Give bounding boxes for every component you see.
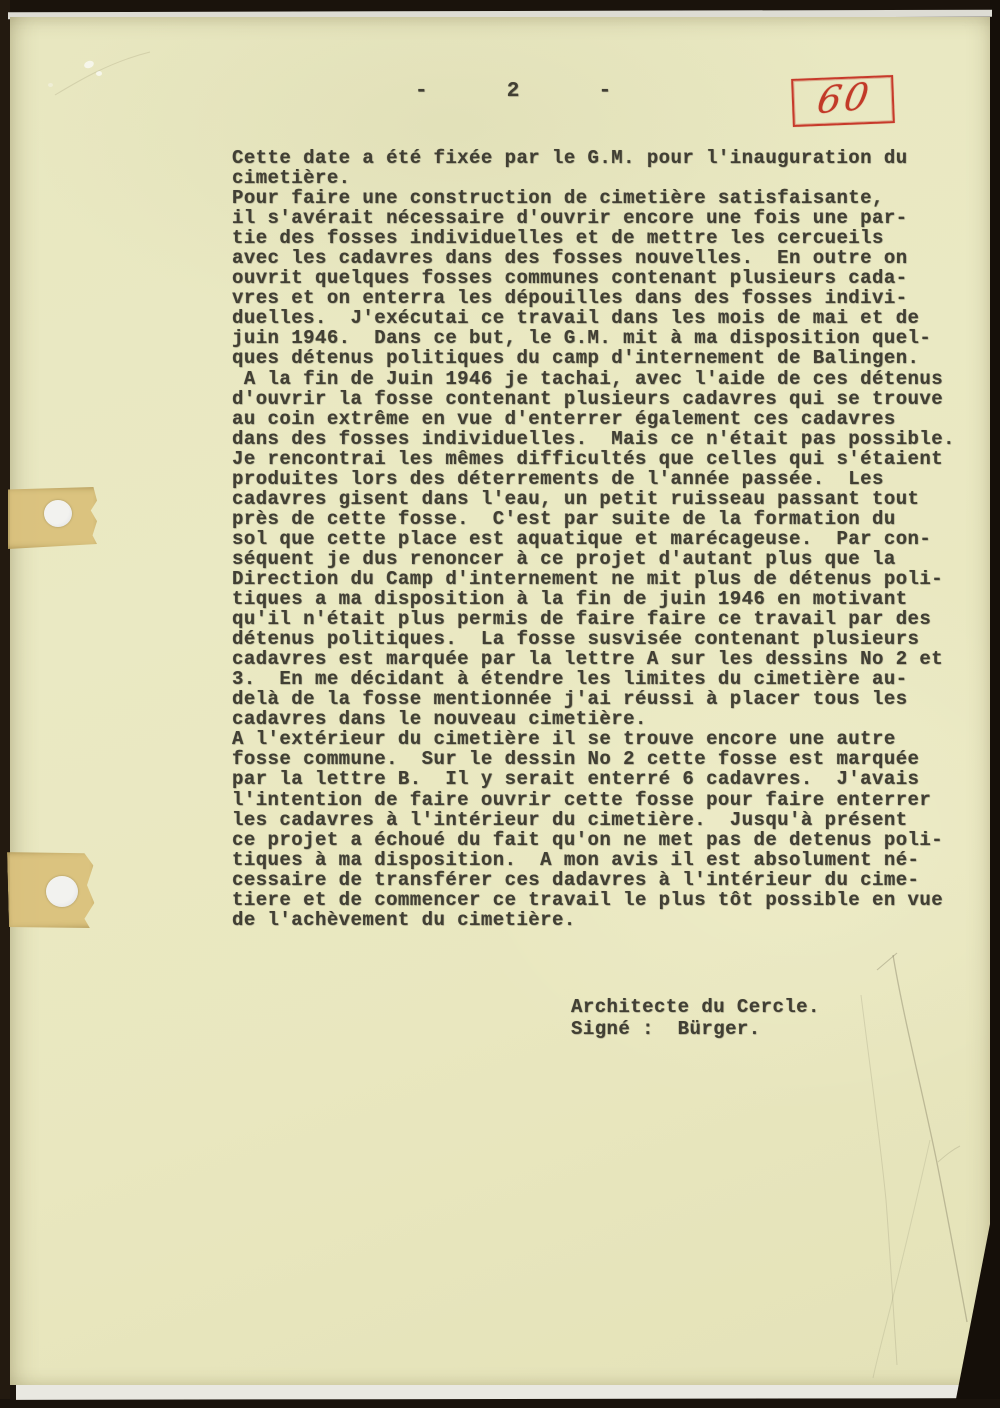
body-text-line: ce projet a échoué du fait qu'on ne met … (232, 830, 962, 850)
document-body-text: Cette date a été fixée par le G.M. pour … (232, 148, 962, 930)
paper-blemish (96, 71, 102, 76)
body-text-line: tie des fosses individuelles et de mettr… (232, 228, 962, 248)
body-text-line: A l'extérieur du cimetière il se trouve … (232, 729, 962, 749)
body-text-line: sol que cette place est aquatique et mar… (232, 529, 962, 549)
body-text-line: tiques à ma disposition. A mon avis il e… (232, 850, 962, 870)
body-text-line: Cette date a été fixée par le G.M. pour … (232, 148, 962, 168)
scan-edge-right (990, 0, 1000, 1408)
archive-stamp-box: 60 (791, 75, 895, 127)
scan-edge-left (0, 0, 10, 1408)
document-page: - 2 - 60 Cette date a été fixée par le G… (10, 17, 990, 1385)
paper-edge-highlight-bottom (16, 1383, 984, 1400)
body-text-line: Je rencontrai les mêmes difficultés que … (232, 449, 962, 469)
signature-line: Signé : Bürger. (571, 1019, 820, 1041)
body-text-line: cadavres dans le nouveau cimetière. (232, 709, 962, 729)
body-text-line: ouvrit quelques fosses communes contenan… (232, 268, 962, 288)
signature-line: Architecte du Cercle. (571, 997, 820, 1019)
body-text-line: qu'il n'était plus permis de faire faire… (232, 609, 962, 629)
body-text-line: juin 1946. Dans ce but, le G.M. mit à ma… (232, 328, 962, 348)
body-text-line: tiques a ma disposition à la fin de juin… (232, 589, 962, 609)
scanned-document: - 2 - 60 Cette date a été fixée par le G… (0, 0, 1000, 1408)
body-text-line: séquent je dus renoncer à ce projet d'au… (232, 549, 962, 569)
body-text-line: avec les cadavres dans des fosses nouvel… (232, 248, 962, 268)
body-text-line: A la fin de Juin 1946 je tachai, avec l'… (232, 369, 962, 389)
body-text-line: cessaire de transférer ces dadavres à l'… (232, 870, 962, 890)
body-text-line: ques détenus politiques du camp d'intern… (232, 348, 962, 368)
signature-block: Architecte du Cercle.Signé : Bürger. (571, 997, 820, 1040)
body-text-line: près de cette fosse. C'est par suite de … (232, 509, 962, 529)
body-text-line: l'intention de faire ouvrir cette fosse … (232, 790, 962, 810)
paper-blemish (83, 60, 95, 70)
body-text-line: par la lettre B. Il y serait enterré 6 c… (232, 769, 962, 789)
body-text-line: cimetière. (232, 168, 962, 188)
body-text-line: les cadavres à l'intérieur du cimetière.… (232, 810, 962, 830)
body-text-line: 3. En me décidant à étendre les limites … (232, 669, 962, 689)
archive-stamp-number: 60 (814, 74, 874, 122)
body-text-line: tiere et de commencer ce travail le plus… (232, 890, 962, 910)
body-text-line: de l'achèvement du cimetière. (232, 910, 962, 930)
paper-blemish (48, 83, 53, 87)
body-text-line: détenus politiques. La fosse susvisée co… (232, 629, 962, 649)
scan-edge-bottom (0, 1399, 1000, 1408)
punch-hole-upper (44, 500, 72, 527)
page-number: - 2 - (415, 80, 613, 103)
body-text-line: duelles. J'exécutai ce travail dans les … (232, 308, 962, 328)
body-text-line: au coin extrême en vue d'enterrer égalem… (232, 409, 962, 429)
body-text-line: cadavres gisent dans l'eau, un petit rui… (232, 489, 962, 509)
body-text-line: dans des fosses individuelles. Mais ce n… (232, 429, 962, 449)
body-text-line: Pour faire une construction de cimetière… (232, 188, 962, 208)
body-text-line: Direction du Camp d'internement ne mit p… (232, 569, 962, 589)
body-text-line: cadavres est marquée par la lettre A sur… (232, 649, 962, 669)
body-text-line: fosse commune. Sur le dessin No 2 cette … (232, 749, 962, 769)
body-text-line: produites lors des déterrements de l'ann… (232, 469, 962, 489)
body-text-line: il s'avérait nécessaire d'ouvrir encore … (232, 208, 962, 228)
body-text-line: vres et on enterra les dépouilles dans d… (232, 288, 962, 308)
body-text-line: delà de la fosse mentionnée j'ai réussi … (232, 689, 962, 709)
body-text-line: d'ouvrir la fosse contenant plusieurs ca… (232, 389, 962, 409)
punch-hole-lower (46, 876, 78, 907)
